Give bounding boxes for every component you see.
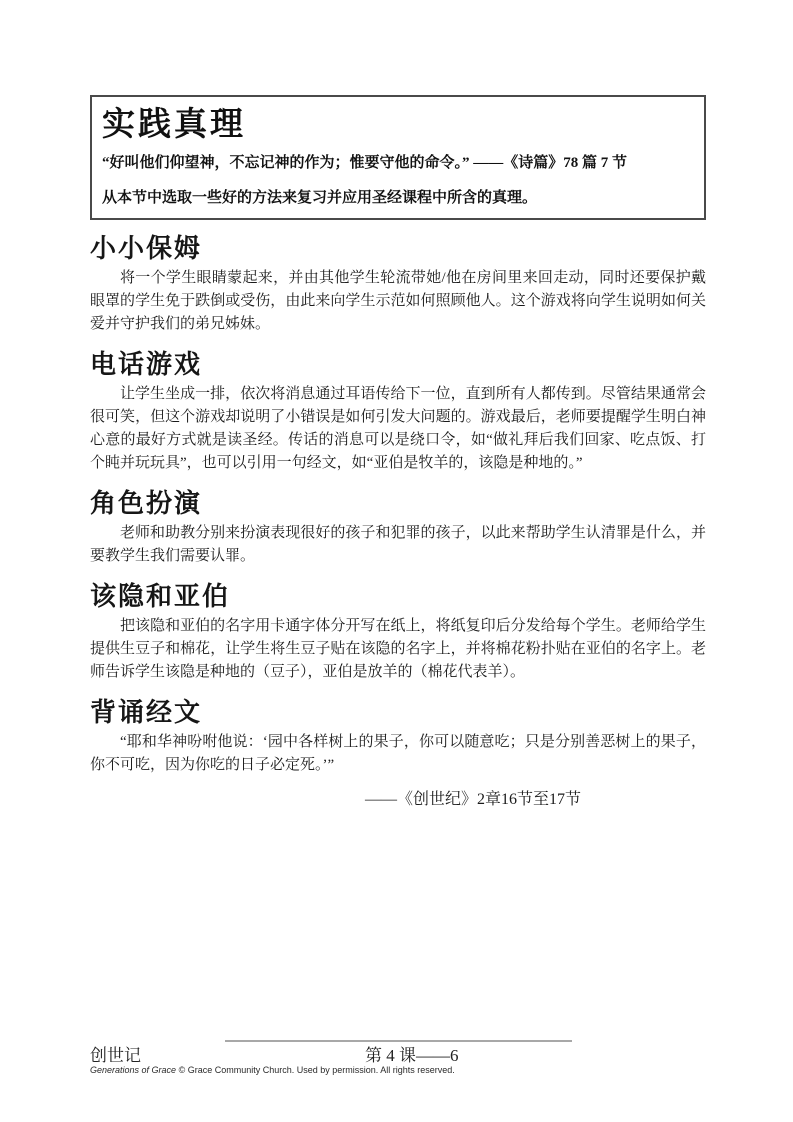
copyright-series-name: Generations of Grace [90, 1065, 176, 1075]
copyright-text: © Grace Community Church. Used by permis… [179, 1065, 455, 1075]
page-title: 实践真理 [102, 105, 692, 143]
key-verse: “好叫他们仰望神，不忘记神的作为；惟要守他的命令。” ——《诗篇》78 篇 7 … [102, 153, 692, 173]
section-babysitter: 小小保姆 将一个学生眼睛蒙起来，并由其他学生轮流带她/他在房间里来回走动，同时还… [90, 234, 706, 336]
practice-truth-box: 实践真理 “好叫他们仰望神，不忘记神的作为；惟要守他的命令。” ——《诗篇》78… [90, 95, 706, 220]
section-memory-verse: 背诵经文 “耶和华神吩咐他说：‘园中各样树上的果子，你可以随意吃；只是分别善恶树… [90, 698, 706, 810]
footer-page-number: 第 4 课——6 [365, 1041, 459, 1066]
page-content: 实践真理 “好叫他们仰望神，不忘记神的作为；惟要守他的命令。” ——《诗篇》78… [90, 95, 706, 810]
section-body: 将一个学生眼睛蒙起来，并由其他学生轮流带她/他在房间里来回走动，同时还要保护戴眼… [90, 267, 706, 336]
section-heading: 背诵经文 [90, 698, 706, 726]
section-role-play: 角色扮演 老师和助教分别来扮演表现很好的孩子和犯罪的孩子，以此来帮助学生认清罪是… [90, 489, 706, 568]
section-body: 把该隐和亚伯的名字用卡通字体分开写在纸上，将纸复印后分发给每个学生。老师给学生提… [90, 615, 706, 684]
section-heading: 角色扮演 [90, 489, 706, 517]
verse-citation: ——《创世纪》2章16节至17节 [365, 790, 706, 810]
footer-book-title: 创世记 [90, 1041, 141, 1066]
section-heading: 该隐和亚伯 [90, 582, 706, 610]
box-instruction: 从本节中选取一些好的方法来复习并应用圣经课程中所含的真理。 [102, 188, 692, 208]
section-heading: 电话游戏 [90, 350, 706, 378]
section-heading: 小小保姆 [90, 234, 706, 262]
section-body: 让学生坐成一排，依次将消息通过耳语传给下一位，直到所有人都传到。尽管结果通常会很… [90, 383, 706, 475]
section-cain-and-abel: 该隐和亚伯 把该隐和亚伯的名字用卡通字体分开写在纸上，将纸复印后分发给每个学生。… [90, 582, 706, 684]
section-body: 老师和助教分别来扮演表现很好的孩子和犯罪的孩子，以此来帮助学生认清罪是什么，并要… [90, 522, 706, 568]
section-telephone-game: 电话游戏 让学生坐成一排，依次将消息通过耳语传给下一位，直到所有人都传到。尽管结… [90, 350, 706, 475]
lesson-page: 实践真理 “好叫他们仰望神，不忘记神的作为；惟要守他的命令。” ——《诗篇》78… [0, 0, 793, 1122]
footer-copyright: Generations of Grace © Grace Community C… [90, 1065, 455, 1075]
section-body: “耶和华神吩咐他说：‘园中各样树上的果子，你可以随意吃；只是分别善恶树上的果子，… [90, 731, 706, 777]
